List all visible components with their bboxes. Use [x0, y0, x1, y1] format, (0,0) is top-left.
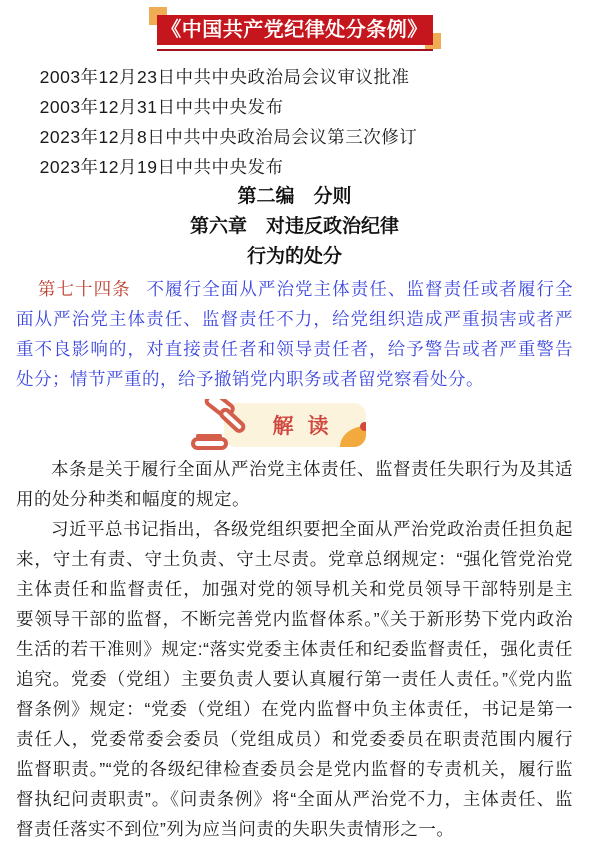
chapter-heading: 第六章 对违反政治纪律 — [0, 212, 589, 242]
date-line-approved: 2003年12月23日中共中央政治局会议审议批准 — [16, 62, 573, 92]
document-title: 《中国共产党纪律处分条例》 — [157, 15, 433, 45]
banner-underline — [157, 49, 433, 51]
date-line-issued-2023: 2023年12月19日中共中央发布 — [16, 152, 573, 182]
interpretation-paragraph-1: 本条是关于履行全面从严治党主体责任、监督责任失职行为及其适用的处分种类和幅度的规… — [0, 454, 589, 514]
chapter-heading-line2: 行为的处分 — [0, 242, 589, 272]
interpretation-paragraph-2: 习近平总书记指出，各级党组织要把全面从严治党政治责任担负起来，守土有责、守土负责… — [0, 514, 589, 842]
article-number: 第七十四条 — [38, 279, 131, 299]
title-banner: 《中国共产党纪律处分条例》 — [157, 7, 433, 51]
interpretation-badge: 解读 — [224, 403, 366, 447]
article-74-paragraph: 第七十四条不履行全面从严治党主体责任、监督责任或者履行全面从严治党主体责任、监督… — [0, 274, 589, 394]
part-heading: 第二编 分则 — [0, 182, 589, 212]
document-page: 《中国共产党纪律处分条例》 2003年12月23日中共中央政治局会议审议批准 2… — [0, 0, 589, 842]
gavel-icon — [190, 399, 254, 455]
revision-dates: 2003年12月23日中共中央政治局会议审议批准 2003年12月31日中共中央… — [0, 62, 589, 182]
badge-corner-dot — [360, 422, 366, 431]
date-line-issued-2003: 2003年12月31日中共中央发布 — [16, 92, 573, 122]
badge-label: 解读 — [247, 410, 343, 440]
date-line-revised: 2023年12月8日中共中央政治局会议第三次修订 — [16, 122, 573, 152]
